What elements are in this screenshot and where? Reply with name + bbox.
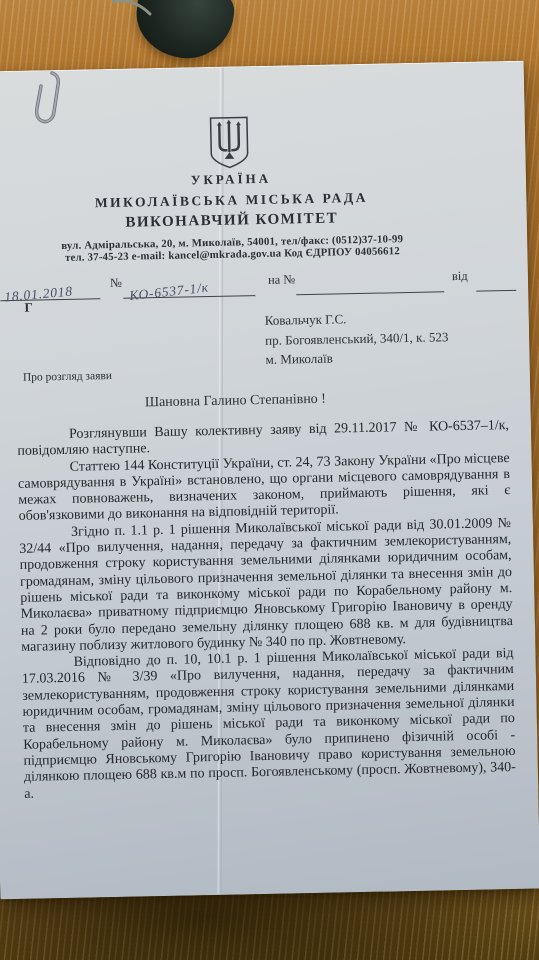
letter-page: УКРАЇНА МИКОЛАЇВСЬКА МІСЬКА РАДА ВИКОНАВ… [0,61,539,900]
wire [106,0,166,34]
subject-line: Про розгляд заяви [23,370,112,384]
paragraph-3: Згідно п. 1.1 р. 1 рішення Миколаївської… [19,516,514,656]
paperclip [26,70,72,136]
date-underline: 18.01.2018 [0,286,100,301]
salutation: Шановна Галино Степанівно ! [0,389,481,415]
from-date-underline [476,278,516,292]
reference-row: 18.01.2018 № КО-6537-1/к на № від [0,262,518,302]
number-label: № [110,276,122,291]
corner-mark: Г [24,300,33,316]
handwritten-number: КО-6537-1/к [129,280,210,304]
recipient-address: пр. Богоявленський, 340/1, к. 523 [265,327,449,350]
recipient-block: Ковальчук Г.С. пр. Богоявленський, 340/1… [265,307,449,369]
number-underline: КО-6537-1/к [123,283,255,299]
handwritten-date: 18.01.2018 [4,283,74,305]
photo-of-letter: { "colors": { "desk_wood": "#a86f28", "p… [0,0,539,960]
reply-to-number-label: на № [268,272,296,288]
paragraph-4: Відповідно до п. 10, 10.1 р. 1 рішення М… [21,646,516,803]
paragraph-2: Статтею 144 Конституції України, ст. 24,… [18,451,511,526]
letter-body: Розглянувши Вашу колективну заяву від 29… [17,418,516,803]
from-date-label: від [452,269,468,284]
reply-number-underline [296,279,444,295]
trident-emblem-icon [207,115,252,170]
recipient-city: м. Миколаїв [265,346,449,369]
